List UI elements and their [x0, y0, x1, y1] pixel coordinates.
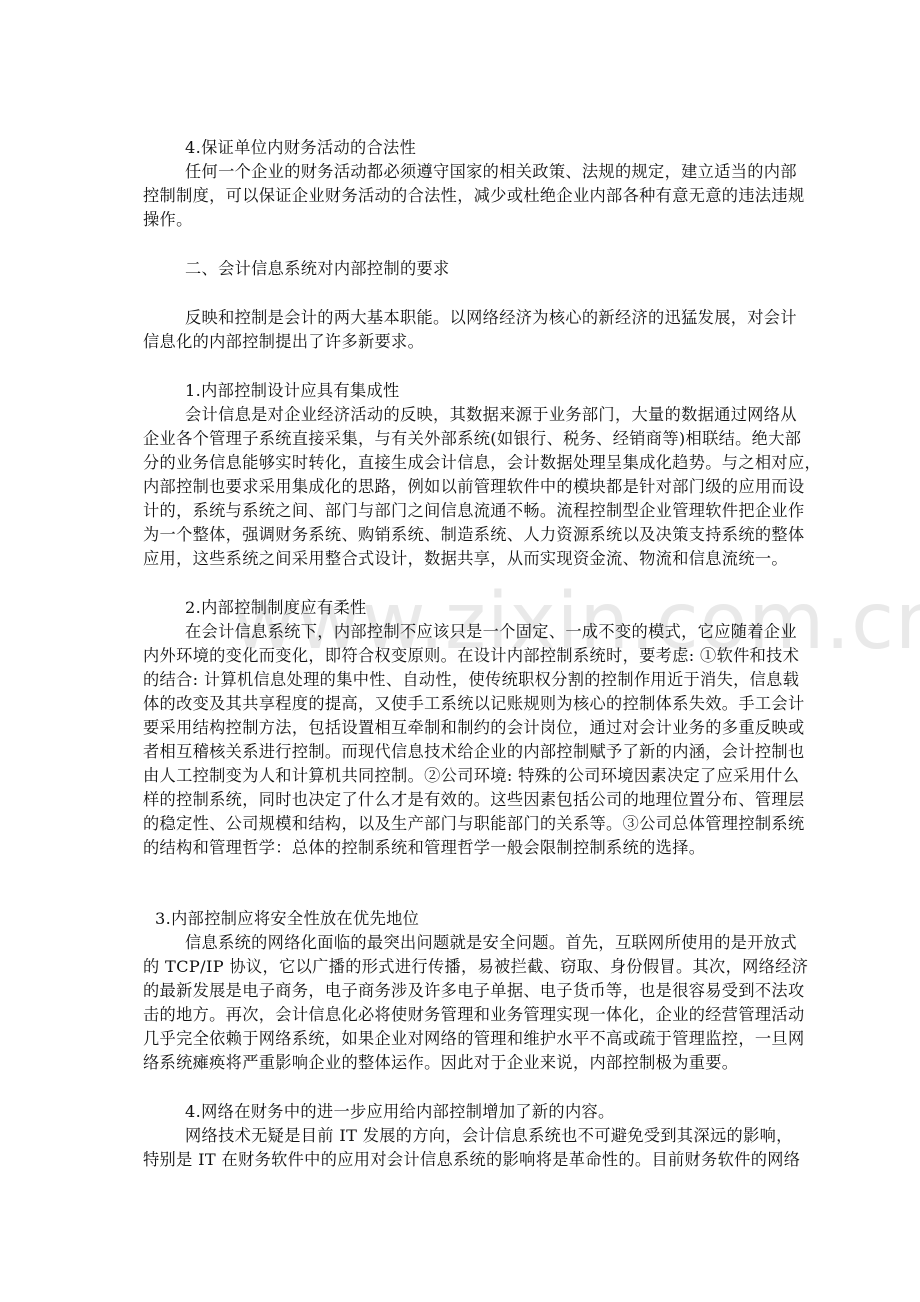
paragraph-line: 信息系统的网络化面临的最突出问题就是安全问题。首先，互联网所使用的是开放式 — [143, 931, 783, 955]
section-legality: 4.保证单位内财务活动的合法性 任何一个企业的财务活动都必须遵守国家的相关政策、… — [143, 136, 783, 232]
paragraph-line: 应用，这些系统之间采用整合式设计，数据共享，从而实现资金流、物流和信息流统一。 — [143, 547, 783, 571]
paragraph-line: 特别是 IT 在财务软件中的应用对会计信息系统的影响将是革命性的。目前财务软件的… — [143, 1148, 783, 1172]
section-flexibility: 2.内部控制制度应有柔性 在会计信息系统下，内部控制不应该只是一个固定、一成不变… — [143, 596, 783, 860]
paragraph-line: 的结合: 计算机信息处理的集中性、自动性，使传统职权分割的控制作用近于消失，信息… — [143, 668, 783, 692]
paragraph-line: 体的改变及其共享程度的提高，又使手工系统以记账规则为核心的控制体系失效。手工会计 — [143, 692, 783, 716]
paragraph-line: 内部控制也要求采用集成化的思路，例如以前管理软件中的模块都是针对部门级的应用而设 — [143, 475, 783, 499]
section-heading: 3.内部控制应将安全性放在优先地位 — [143, 907, 783, 931]
paragraph-line: 操作。 — [143, 208, 783, 232]
document-content: 4.保证单位内财务活动的合法性 任何一个企业的财务活动都必须遵守国家的相关政策、… — [0, 0, 920, 1302]
section-integration: 1.内部控制设计应具有集成性 会计信息是对企业经济活动的反映，其数据来源于业务部… — [143, 379, 783, 571]
section-heading: 4.网络在财务中的进一步应用给内部控制增加了新的内容。 — [143, 1100, 783, 1124]
paragraph-line: 几乎完全依赖于网络系统，如果企业对网络的管理和维护水平不高或疏于管理监控，一旦网 — [143, 1027, 783, 1051]
paragraph-line: 网络技术无疑是目前 IT 发展的方向，会计信息系统也不可避免受到其深远的影响， — [143, 1124, 783, 1148]
paragraph-line: 信息化的内部控制提出了许多新要求。 — [143, 330, 783, 354]
paragraph-line: 在会计信息系统下，内部控制不应该只是一个固定、一成不变的模式，它应随着企业 — [143, 620, 783, 644]
paragraph-line: 分的业务信息能够实时转化，直接生成会计信息，会计数据处理呈集成化趋势。与之相对应… — [143, 451, 783, 475]
paragraph-line: 反映和控制是会计的两大基本职能。以网络经济为核心的新经济的迅猛发展，对会计 — [143, 306, 783, 330]
paragraph-line: 要采用结构控制方法，包括设置相互牵制和制约的会计岗位，通过对会计业务的多重反映或 — [143, 716, 783, 740]
paragraph-line: 击的地方。再次，会计信息化必将使财务管理和业务管理实现一体化，企业的经营管理活动 — [143, 1003, 783, 1027]
paragraph-line: 会计信息是对企业经济活动的反映，其数据来源于业务部门，大量的数据通过网络从 — [143, 403, 783, 427]
paragraph-line: 企业各个管理子系统直接采集，与有关外部系统(如银行、税务、经销商等)相联结。绝大… — [143, 427, 783, 451]
paragraph-line: 的 TCP/IP 协议，它以广播的形式进行传播，易被拦截、窃取、身份假冒。其次，… — [143, 955, 783, 979]
section-security: 3.内部控制应将安全性放在优先地位 信息系统的网络化面临的最突出问题就是安全问题… — [143, 907, 783, 1075]
paragraph-line: 为一个整体，强调财务系统、购销系统、制造系统、人力资源系统以及决策支持系统的整体 — [143, 523, 783, 547]
paragraph-line: 的结构和管理哲学：总体的控制系统和管理哲学一般会限制控制系统的选择。 — [143, 836, 783, 860]
paragraph-line: 样的控制系统，同时也决定了什么才是有效的。这些因素包括公司的地理位置分布、管理层 — [143, 788, 783, 812]
document-page: www.zixin.com.cn 4.保证单位内财务活动的合法性 任何一个企业的… — [0, 0, 920, 1302]
part-two-intro: 反映和控制是会计的两大基本职能。以网络经济为核心的新经济的迅猛发展，对会计 信息… — [143, 306, 783, 354]
paragraph-line: 者相互稽核关系进行控制。而现代信息技术给企业的内部控制赋予了新的内涵，会计控制也 — [143, 740, 783, 764]
paragraph-line: 内外环境的变化而变化，即符合权变原则。在设计内部控制系统时，要考虑: ①软件和技… — [143, 644, 783, 668]
part-two-title: 二、会计信息系统对内部控制的要求 — [143, 257, 783, 281]
section-heading: 2.内部控制制度应有柔性 — [143, 596, 783, 620]
paragraph-line: 任何一个企业的财务活动都必须遵守国家的相关政策、法规的规定，建立适当的内部 — [143, 160, 783, 184]
paragraph-line: 络系统瘫痪将严重影响企业的整体运作。因此对于企业来说，内部控制极为重要。 — [143, 1051, 783, 1075]
section-heading: 1.内部控制设计应具有集成性 — [143, 379, 783, 403]
section-heading: 二、会计信息系统对内部控制的要求 — [143, 257, 783, 281]
paragraph-line: 由人工控制变为人和计算机共同控制。②公司环境: 特殊的公司环境因素决定了应采用什… — [143, 764, 783, 788]
paragraph-line: 的稳定性、公司规模和结构，以及生产部门与职能部门的关系等。③公司总体管理控制系统 — [143, 812, 783, 836]
paragraph-line: 计的，系统与系统之间、部门与部门之间信息流通不畅。流程控制型企业管理软件把企业作 — [143, 499, 783, 523]
paragraph-line: 的最新发展是电子商务，电子商务涉及许多电子单据、电子货币等，也是很容易受到不法攻 — [143, 979, 783, 1003]
paragraph-line: 控制制度，可以保证企业财务活动的合法性，减少或杜绝企业内部各种有意无意的违法违规 — [143, 184, 783, 208]
section-heading: 4.保证单位内财务活动的合法性 — [143, 136, 783, 160]
section-network: 4.网络在财务中的进一步应用给内部控制增加了新的内容。 网络技术无疑是目前 IT… — [143, 1100, 783, 1172]
